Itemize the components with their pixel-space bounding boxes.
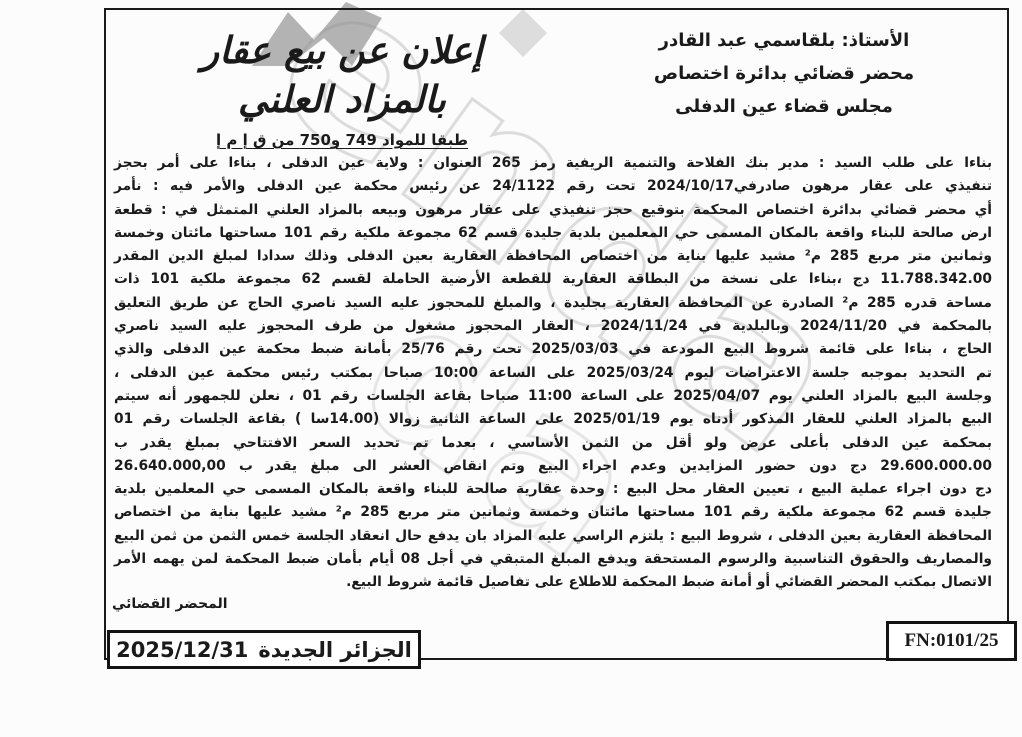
body-line: دج دون اجراء عملية البيع ، تعيين العقار …	[114, 478, 992, 501]
body-line: تنفيذي على عقار مرهون صادرفي2024/10/17 ت…	[114, 175, 992, 198]
bailiff-header: الأستاذ: بلقاسمي عبد القادر محضر قضائي ب…	[574, 24, 994, 123]
body-line: بالمحكمة في 2024/11/20 وبالبلدية في 2024…	[114, 315, 992, 338]
title-line-1: إعلان عن بيع عقار	[142, 26, 542, 75]
announcement-title-block: إعلان عن بيع عقار بالمزاد العلني طبقا لل…	[142, 26, 542, 149]
newspaper-name: الجزائر الجديدة	[258, 638, 412, 662]
body-line: البيع بالمزاد العلني للعقار المذكور أدنا…	[114, 408, 992, 431]
bailiff-signature-label: المحضر القضائي	[112, 596, 228, 612]
body-line: الحاج ، بناءا على قائمة شروط البيع المود…	[114, 338, 992, 361]
body-line: جليدة قسم 62 مجموعة ملكية رقم 101 مساحته…	[114, 501, 992, 524]
legal-basis-line: طبقا للمواد 749 و750 من ق إ م إ	[142, 131, 542, 149]
bailiff-role: محضر قضائي بدائرة اختصاص	[574, 57, 994, 90]
body-line: أي محضر قضائي بدائرة اختصاص المحكمة بتوق…	[114, 199, 992, 222]
bailiff-jurisdiction: مجلس قضاء عين الدفلى	[574, 90, 994, 123]
body-line: تم التحديد بموجبه جلسة الاعتراضات ليوم 2…	[114, 362, 992, 385]
body-line: مساحة قدره 285 م² الصادرة عن المحافظة ال…	[114, 292, 992, 315]
body-line: 29.600.000.00 دج دون حضور المزايدين وعدم…	[114, 455, 992, 478]
body-line: ارض صالحة للبناء واقعة بالمكان المسمى حي…	[114, 222, 992, 245]
bailiff-name: الأستاذ: بلقاسمي عبد القادر	[574, 24, 994, 57]
body-line: بمحكمة عين الدفلى بأعلى عرض ولو أقل من ا…	[114, 432, 992, 455]
body-line: وثمانين متر مربع 285 م² مشيد عليها بناية…	[114, 245, 992, 268]
reference-number-box: FN:0101/25	[886, 621, 1017, 661]
newspaper-date-box: الجزائر الجديدة 2025/12/31	[107, 630, 421, 669]
body-line: وجلسة البيع بالمزاد العلني يوم 2025/04/0…	[114, 385, 992, 408]
body-line: المحافظة العقارية بعين الدفلى ، شروط الب…	[114, 525, 992, 548]
body-line: 11.788.342.00 دج ،بناءا على نسخة من البط…	[114, 268, 992, 291]
scanned-newspaper-notice: enda da الأستاذ: بلقاسمي عبد القادر محضر…	[0, 0, 1022, 737]
reference-number: FN:0101/25	[905, 630, 999, 652]
publication-date: 2025/12/31	[116, 638, 248, 662]
title-line-2: بالمزاد العلني	[142, 75, 542, 124]
body-line: بناءا على طلب السيد : مدير بنك الفلاحة و…	[114, 152, 992, 175]
body-line: الاتصال بمكتب المحضر القضائي أو أمانة ضب…	[114, 571, 992, 594]
notice-body: بناءا على طلب السيد : مدير بنك الفلاحة و…	[114, 152, 992, 595]
body-line: والمصاريف والحقوق التناسبية والرسوم المس…	[114, 548, 992, 571]
